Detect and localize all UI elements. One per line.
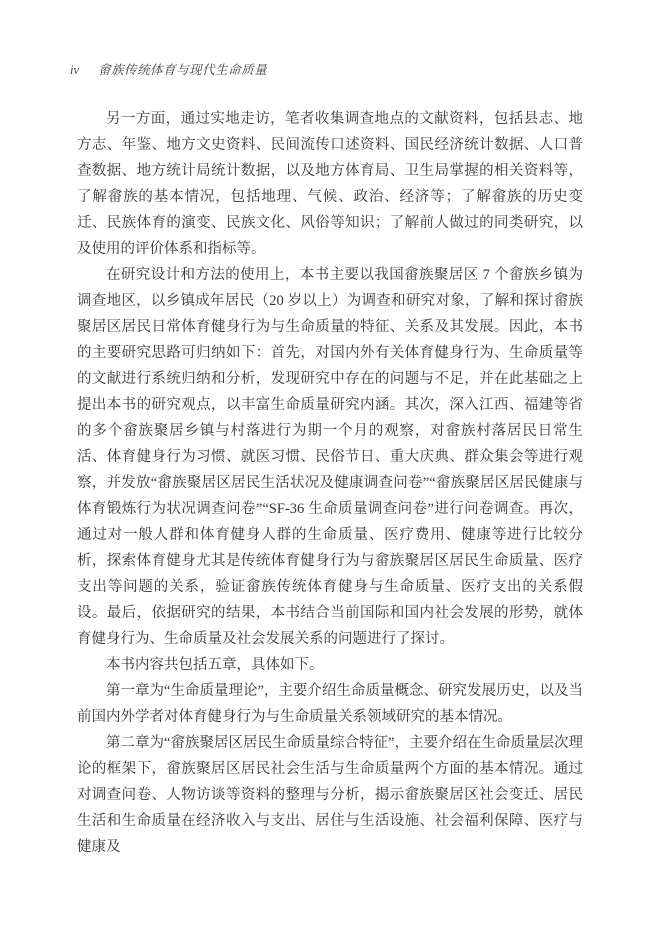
paragraph-chapter-overview-intro: 本书内容共包括五章，具体如下。	[77, 652, 583, 678]
page-header: iv 畲族传统体育与现代生命质量	[70, 62, 583, 78]
paragraph-chapter-one-summary: 第一章为“生命质量理论”，主要介绍生命质量概念、研究发展历史，以及当前国内外学者…	[77, 678, 583, 730]
paragraph-fieldwork-materials: 另一方面，通过实地走访，笔者收集调查地点的文献资料，包括县志、地方志、年鉴、地方…	[77, 106, 583, 262]
book-page: iv 畲族传统体育与现代生命质量 另一方面，通过实地走访，笔者收集调查地点的文献…	[0, 0, 661, 925]
page-number: iv	[70, 62, 79, 78]
paragraph-chapter-two-summary: 第二章为“畲族聚居区居民生命质量综合特征”，主要介绍在生命质量层次理论的框架下，…	[77, 730, 583, 860]
paragraph-research-design: 在研究设计和方法的使用上，本书主要以我国畲族聚居区 7 个畲族乡镇为调查地区，以…	[77, 262, 583, 652]
running-head-title: 畲族传统体育与现代生命质量	[98, 62, 267, 78]
body-text: 另一方面，通过实地走访，笔者收集调查地点的文献资料，包括县志、地方志、年鉴、地方…	[77, 106, 583, 860]
